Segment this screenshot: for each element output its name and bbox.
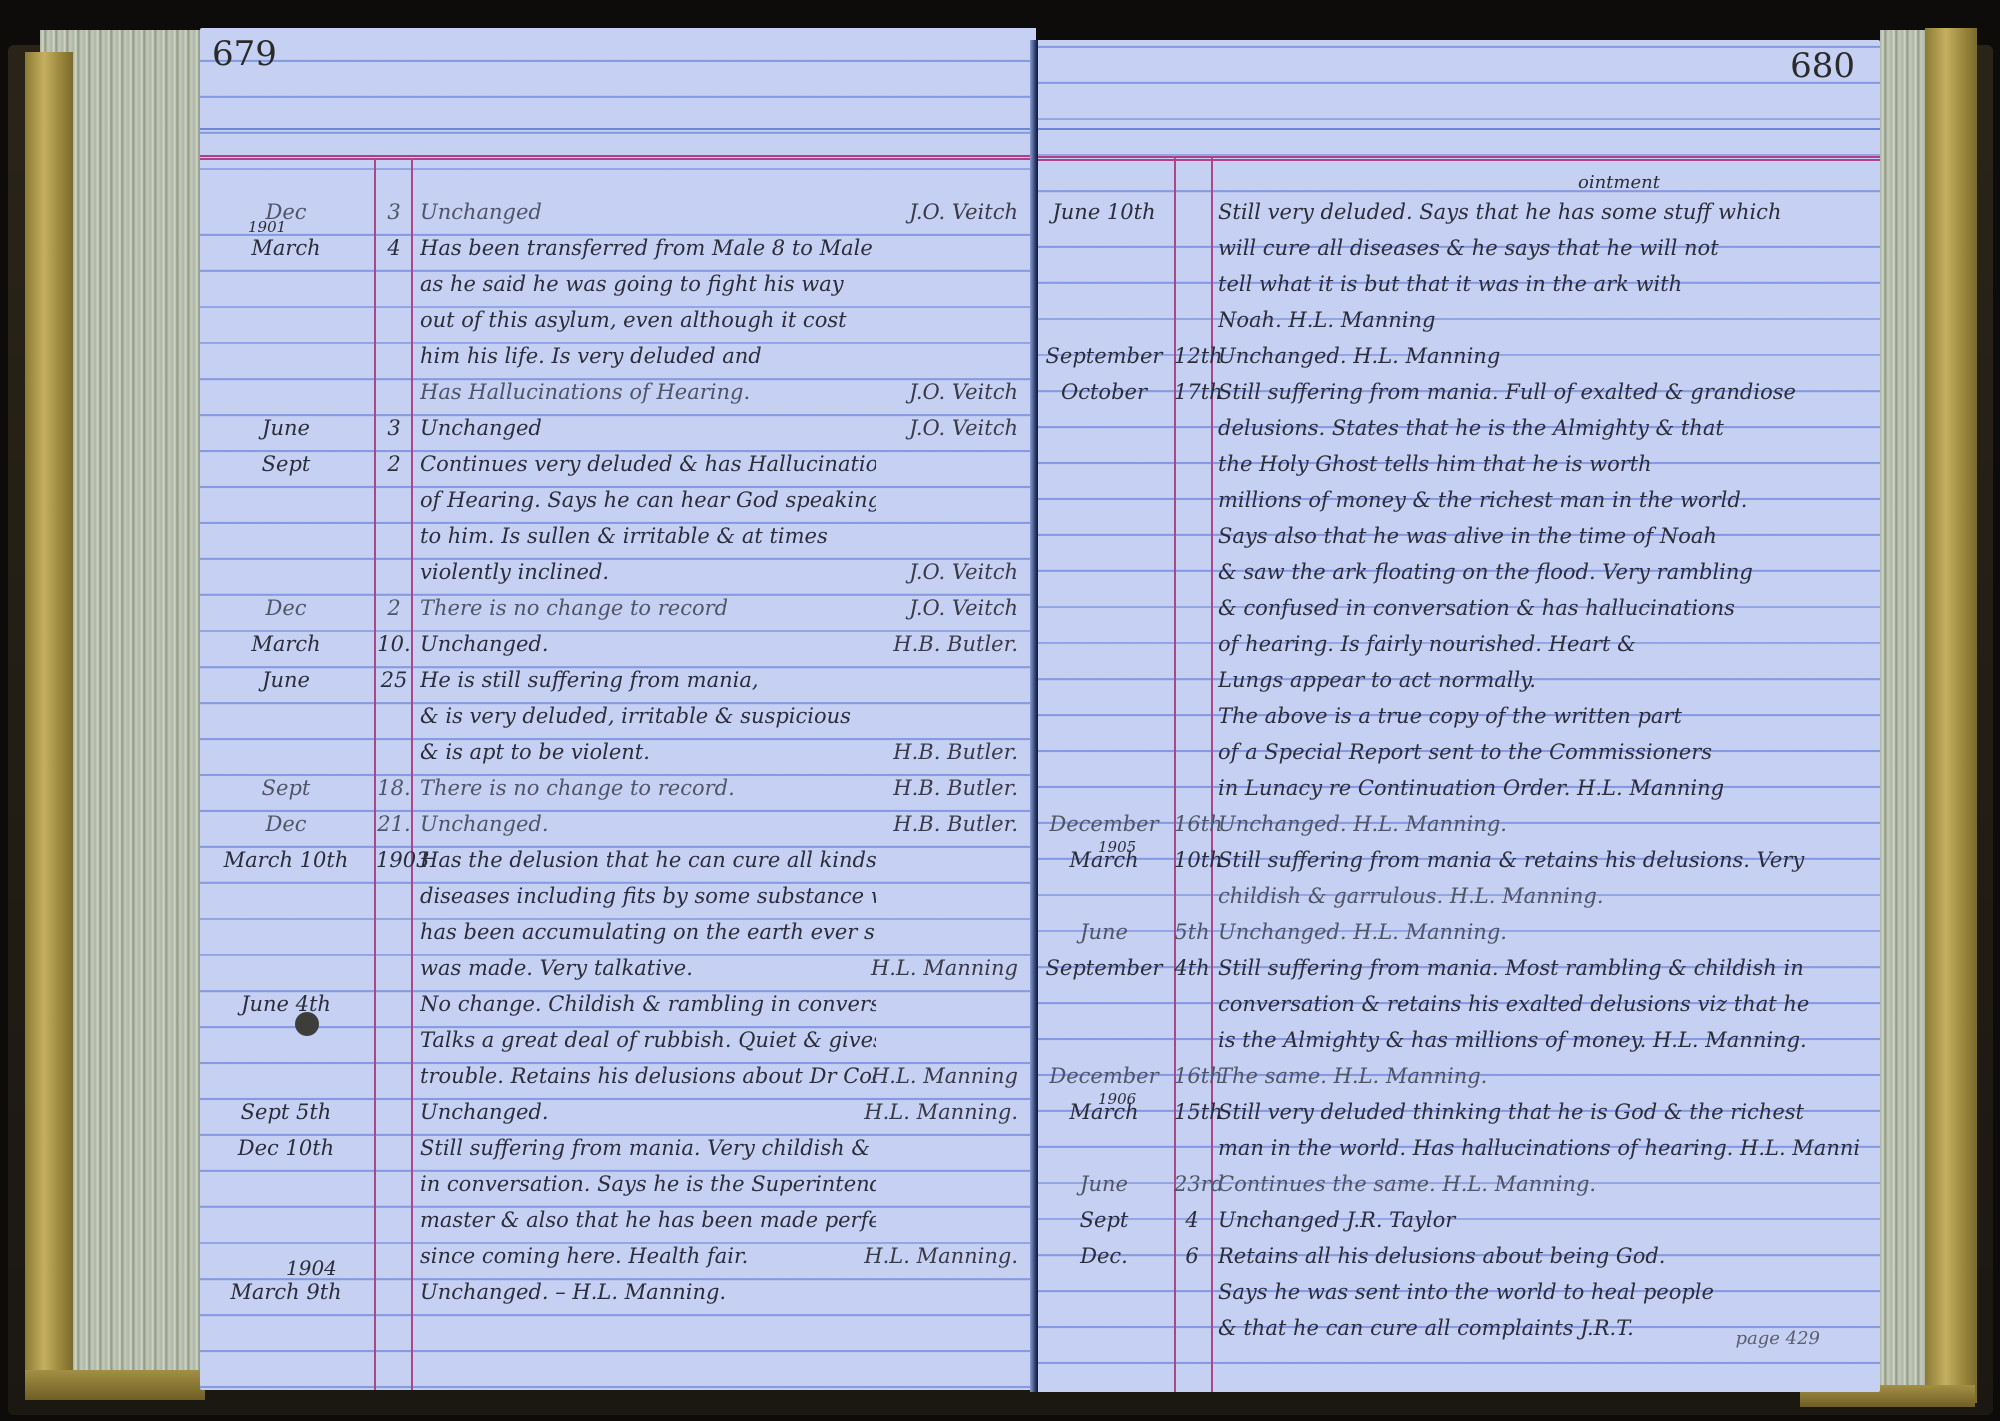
ledger-row: violently inclined.J.O. Veitch (200, 560, 1036, 596)
header-red-rule (1038, 156, 1880, 161)
ledger-row: tell what it is but that it was in the a… (1038, 272, 1880, 308)
ledger-row: & saw the ark floating on the flood. Ver… (1038, 560, 1880, 596)
ledger-row: The above is a true copy of the written … (1038, 704, 1880, 740)
year-label: 1904 (286, 1256, 337, 1280)
ledger-row: in Lunacy re Continuation Order. H.L. Ma… (1038, 776, 1880, 812)
ledger-row: him his life. Is very deluded and (200, 344, 1036, 380)
ledger-row: March15thStill very deluded thinking tha… (1038, 1100, 1880, 1136)
ledger-row: will cure all diseases & he says that he… (1038, 236, 1880, 272)
ledger-row: Noah. H.L. Manning (1038, 308, 1880, 344)
ledger-row: & is very deluded, irritable & suspiciou… (200, 704, 1036, 740)
ledger-row: June3UnchangedJ.O. Veitch (200, 416, 1036, 452)
ledger-row: Sept4Unchanged J.R. Taylor (1038, 1208, 1880, 1244)
ledger-row: has been accumulating on the earth ever … (200, 920, 1036, 956)
header-blue-rule (1038, 128, 1880, 130)
ledger-row: Dec21.Unchanged.H.B. Butler. (200, 812, 1036, 848)
bottom-left-gilt (25, 1370, 205, 1400)
ledger-row: October17thStill suffering from mania. F… (1038, 380, 1880, 416)
ledger-row: June25He is still suffering from mania, (200, 668, 1036, 704)
ledger-row: March 9thUnchanged. – H.L. Manning. (200, 1280, 1036, 1316)
ledger-row: diseases including fits by some substanc… (200, 884, 1036, 920)
left-page: 679 1901 Dec3UnchangedJ.O. Veitch March4… (200, 28, 1036, 1390)
ledger-row: Dec.6Retains all his delusions about bei… (1038, 1244, 1880, 1280)
ledger-row: Sept 5thUnchanged.H.L. Manning. (200, 1100, 1036, 1136)
ledger-row: the Holy Ghost tells him that he is wort… (1038, 452, 1880, 488)
header-blue-rule (200, 128, 1036, 130)
ledger-row: trouble. Retains his delusions about Dr … (200, 1064, 1036, 1100)
ledger-row: December16thUnchanged. H.L. Manning. (1038, 812, 1880, 848)
page-reference-note: page 429 (1735, 1328, 1820, 1349)
ledger-row: millions of money & the richest man in t… (1038, 488, 1880, 524)
ledger-row: Dec3UnchangedJ.O. Veitch (200, 200, 1036, 236)
ledger-row: June 10thStill very deluded. Says that h… (1038, 200, 1880, 236)
ledger-row: childish & garrulous. H.L. Manning. (1038, 884, 1880, 920)
right-page-number: 680 (1790, 46, 1855, 86)
ledger-row: is the Almighty & has millions of money.… (1038, 1028, 1880, 1064)
ledger-row: of a Special Report sent to the Commissi… (1038, 740, 1880, 776)
right-page: 680 ointment June 10thStill very deluded… (1038, 40, 1880, 1392)
year-label: 1905 (1098, 838, 1136, 856)
ledger-row: of Hearing. Says he can hear God speakin… (200, 488, 1036, 524)
ledger-row: & is apt to be violent.H.B. Butler. (200, 740, 1036, 776)
ledger-row: in conversation. Says he is the Superint… (200, 1172, 1036, 1208)
ledger-row: was made. Very talkative.H.L. Manning (200, 956, 1036, 992)
ledger-row: March10.Unchanged.H.B. Butler. (200, 632, 1036, 668)
ledger-row: June 4thNo change. Childish & rambling i… (200, 992, 1036, 1028)
ledger-row: & confused in conversation & has halluci… (1038, 596, 1880, 632)
ledger-row: December16thThe same. H.L. Manning. (1038, 1064, 1880, 1100)
left-page-number: 679 (212, 34, 277, 74)
ledger-row: June23rdContinues the same. H.L. Manning… (1038, 1172, 1880, 1208)
left-gilt-corner (25, 52, 73, 1397)
ledger-row: out of this asylum, even although it cos… (200, 308, 1036, 344)
ledger-row: Says also that he was alive in the time … (1038, 524, 1880, 560)
ledger-row: man in the world. Has hallucinations of … (1038, 1136, 1880, 1172)
ledger-row: as he said he was going to fight his way (200, 272, 1036, 308)
ledger-row: Sept18.There is no change to record.H.B.… (200, 776, 1036, 812)
ledger-row: September12thUnchanged. H.L. Manning (1038, 344, 1880, 380)
ledger-row: Sept2Continues very deluded & has Halluc… (200, 452, 1036, 488)
ledger-row: to him. Is sullen & irritable & at times (200, 524, 1036, 560)
ledger-row: Dec2There is no change to recordJ.O. Vei… (200, 596, 1036, 632)
ledger-row: March10thStill suffering from mania & re… (1038, 848, 1880, 884)
ledger-row: master & also that he has been made perf… (200, 1208, 1036, 1244)
ledger-row: March 10th1903Has the delusion that he c… (200, 848, 1036, 884)
ink-blot (295, 1012, 319, 1036)
ledger-row: of hearing. Is fairly nourished. Heart & (1038, 632, 1880, 668)
ledger-row: March4Has been transferred from Male 8 t… (200, 236, 1036, 272)
ledger-row: Talks a great deal of rubbish. Quiet & g… (200, 1028, 1036, 1064)
ledger-row: Has Hallucinations of Hearing.J.O. Veitc… (200, 380, 1036, 416)
year-label: 1906 (1098, 1090, 1136, 1108)
ledger-row: delusions. States that he is the Almight… (1038, 416, 1880, 452)
header-red-rule (200, 155, 1036, 160)
ledger-row: June5thUnchanged. H.L. Manning. (1038, 920, 1880, 956)
ledger-row: Lungs appear to act normally. (1038, 668, 1880, 704)
right-gilt-corner (1925, 28, 1977, 1403)
ledger-row: Dec 10thStill suffering from mania. Very… (200, 1136, 1036, 1172)
ledger-row: Says he was sent into the world to heal … (1038, 1280, 1880, 1316)
ledger-row: September4thStill suffering from mania. … (1038, 956, 1880, 992)
insertion-note: ointment (1578, 172, 1660, 193)
ledger-row: conversation & retains his exalted delus… (1038, 992, 1880, 1028)
